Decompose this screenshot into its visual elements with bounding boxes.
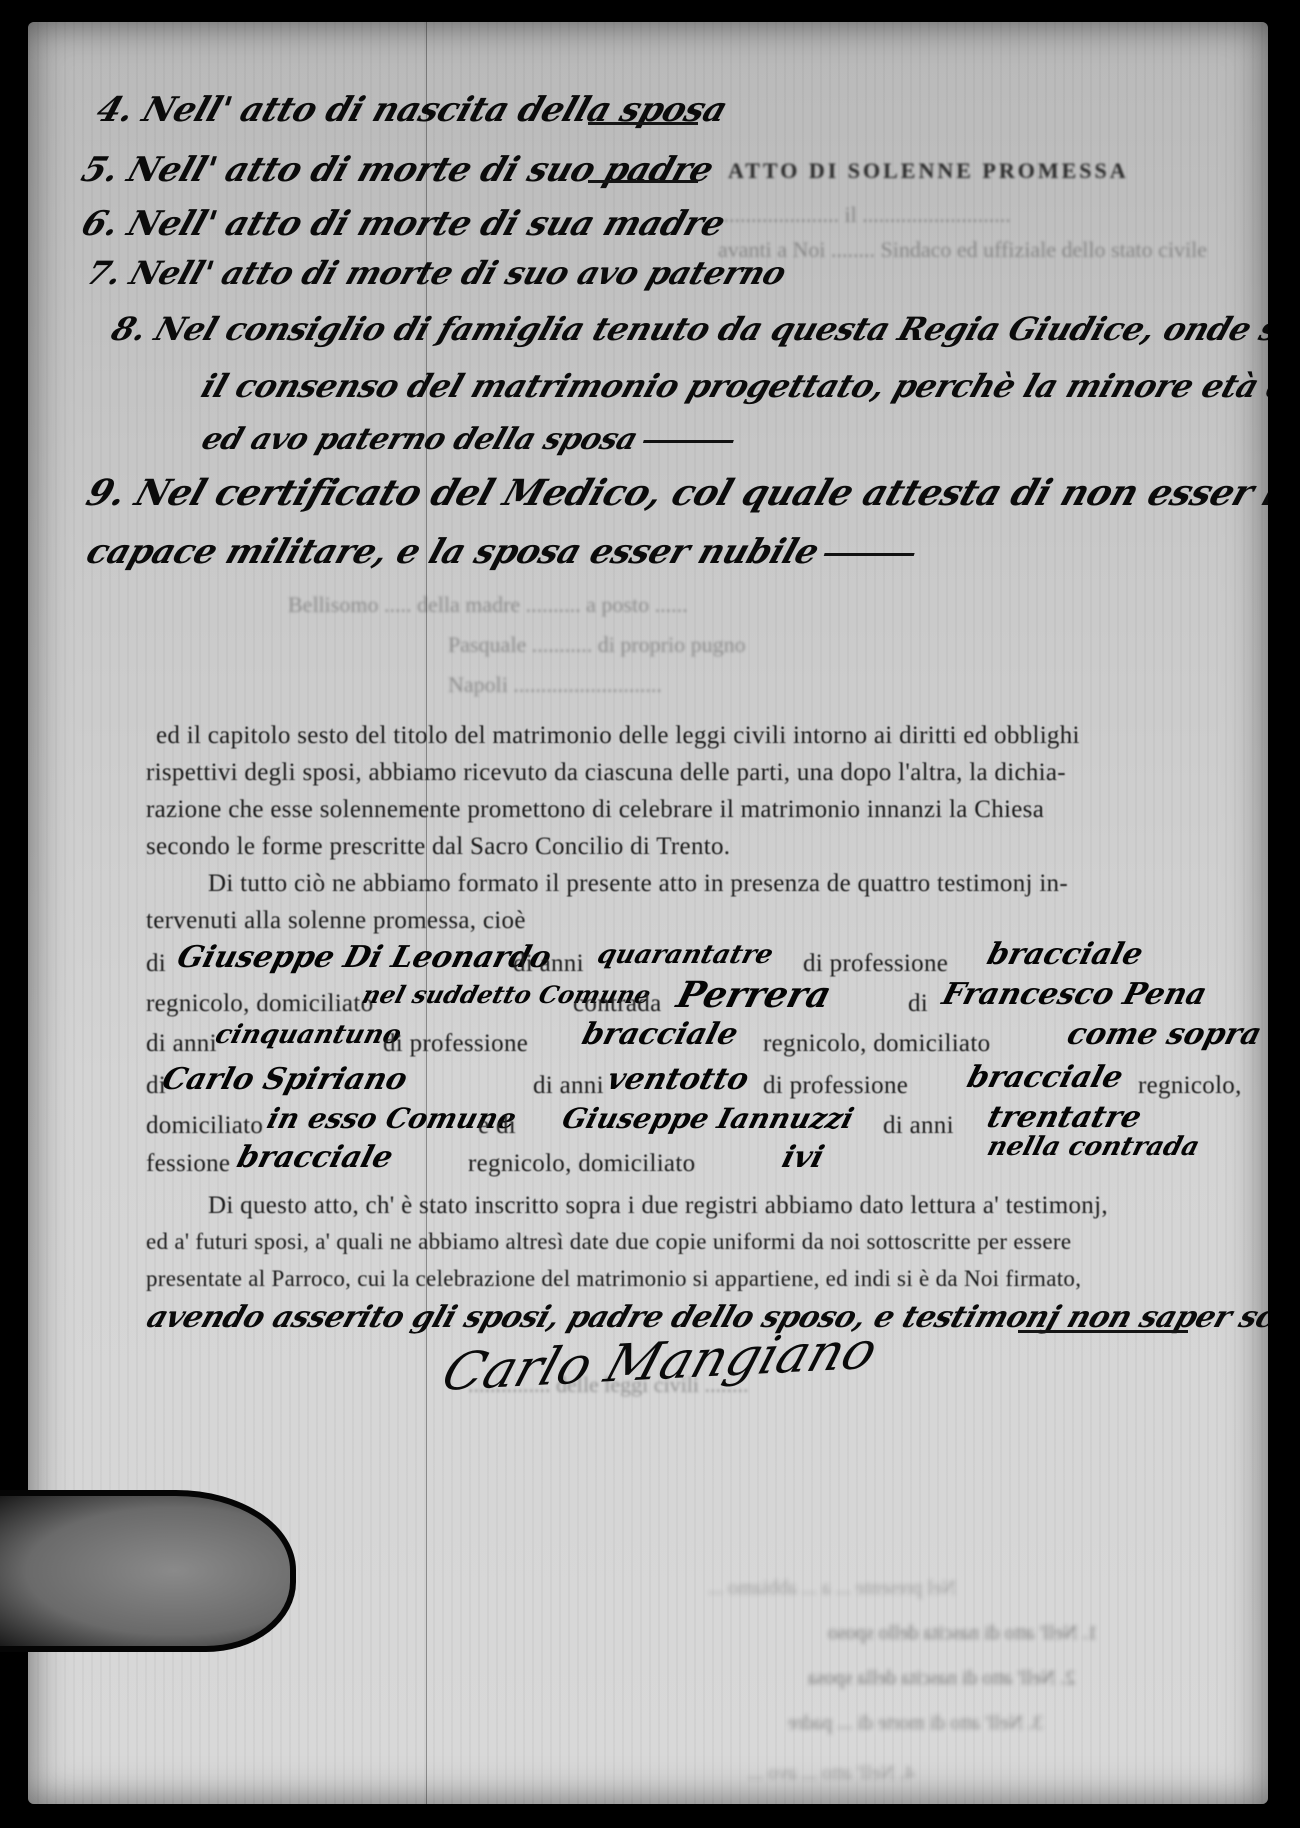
printed-line: ed il capitolo sesto del titolo del matr… [156, 722, 1080, 750]
bleedthrough-line: 3. Nell' atto di morte di ... padre [788, 1712, 1043, 1735]
faint-handwriting: Pasquale ........... di proprio pugno [448, 632, 746, 658]
printed-line: Di questo atto, ch' è stato inscritto so… [208, 1192, 1108, 1220]
handwritten-item: 8. Nel consiglio di famiglia tenuto da q… [107, 310, 1268, 348]
holder-thumb [0, 1490, 296, 1652]
handwritten-item: 5. Nell' atto di morte di suo padre [77, 150, 719, 190]
faint-print: avanti a Noi ........ Sindaco ed uffizia… [718, 237, 1207, 263]
printed-line: Di tutto ciò ne abbiamo formato il prese… [208, 870, 1068, 898]
printed-line: razione che esse solennemente promettono… [146, 796, 1044, 824]
faint-handwriting: Bellisomo ..... della madre .......... a… [288, 592, 688, 618]
handwritten-item: il consenso del matrimonio progettato, p… [197, 367, 1268, 405]
bleedthrough-line: Nel presente ... a ... abbiamo ... [708, 1577, 956, 1600]
rule [588, 180, 698, 183]
rule [588, 122, 698, 125]
printed-line: tervenuti alla solenne promessa, cioè [146, 907, 526, 935]
printed-line: secondo le forme prescritte dal Sacro Co… [146, 833, 730, 861]
header-stamp: ATTO DI SOLENNE PROMESSA [728, 158, 1129, 184]
bleedthrough-line: 4. Nell' atto ... avo ... [748, 1762, 915, 1785]
handwritten-item: 9. Nel certificato del Medico, col quale… [81, 472, 1268, 514]
bleedthrough-line: 1. Nell' atto di nascita dello sposo [828, 1622, 1098, 1645]
printed-line: rispettivi degli sposi, abbiamo ricevuto… [146, 759, 1066, 787]
handwritten-item: ed avo paterno della sposa [197, 422, 740, 457]
handwritten-item: 6. Nell' atto di morte di sua madre [77, 204, 730, 244]
bleedthrough-line: 2. Nell' atto di nascita della sposa [808, 1667, 1075, 1690]
handwritten-item: 7. Nell' atto di morte di suo avo patern… [82, 254, 791, 292]
rule [1018, 1330, 1188, 1333]
faint-handwriting: Napoli ........................... [448, 672, 662, 698]
faint-print: ...................... il ..............… [718, 202, 1011, 228]
printed-line: presentate al Parroco, cui la celebrazio… [146, 1266, 1081, 1292]
printed-line: ed a' futuri sposi, a' quali ne abbiamo … [146, 1229, 1071, 1255]
handwritten-item: capace militare, e la sposa esser nubile [82, 532, 922, 572]
